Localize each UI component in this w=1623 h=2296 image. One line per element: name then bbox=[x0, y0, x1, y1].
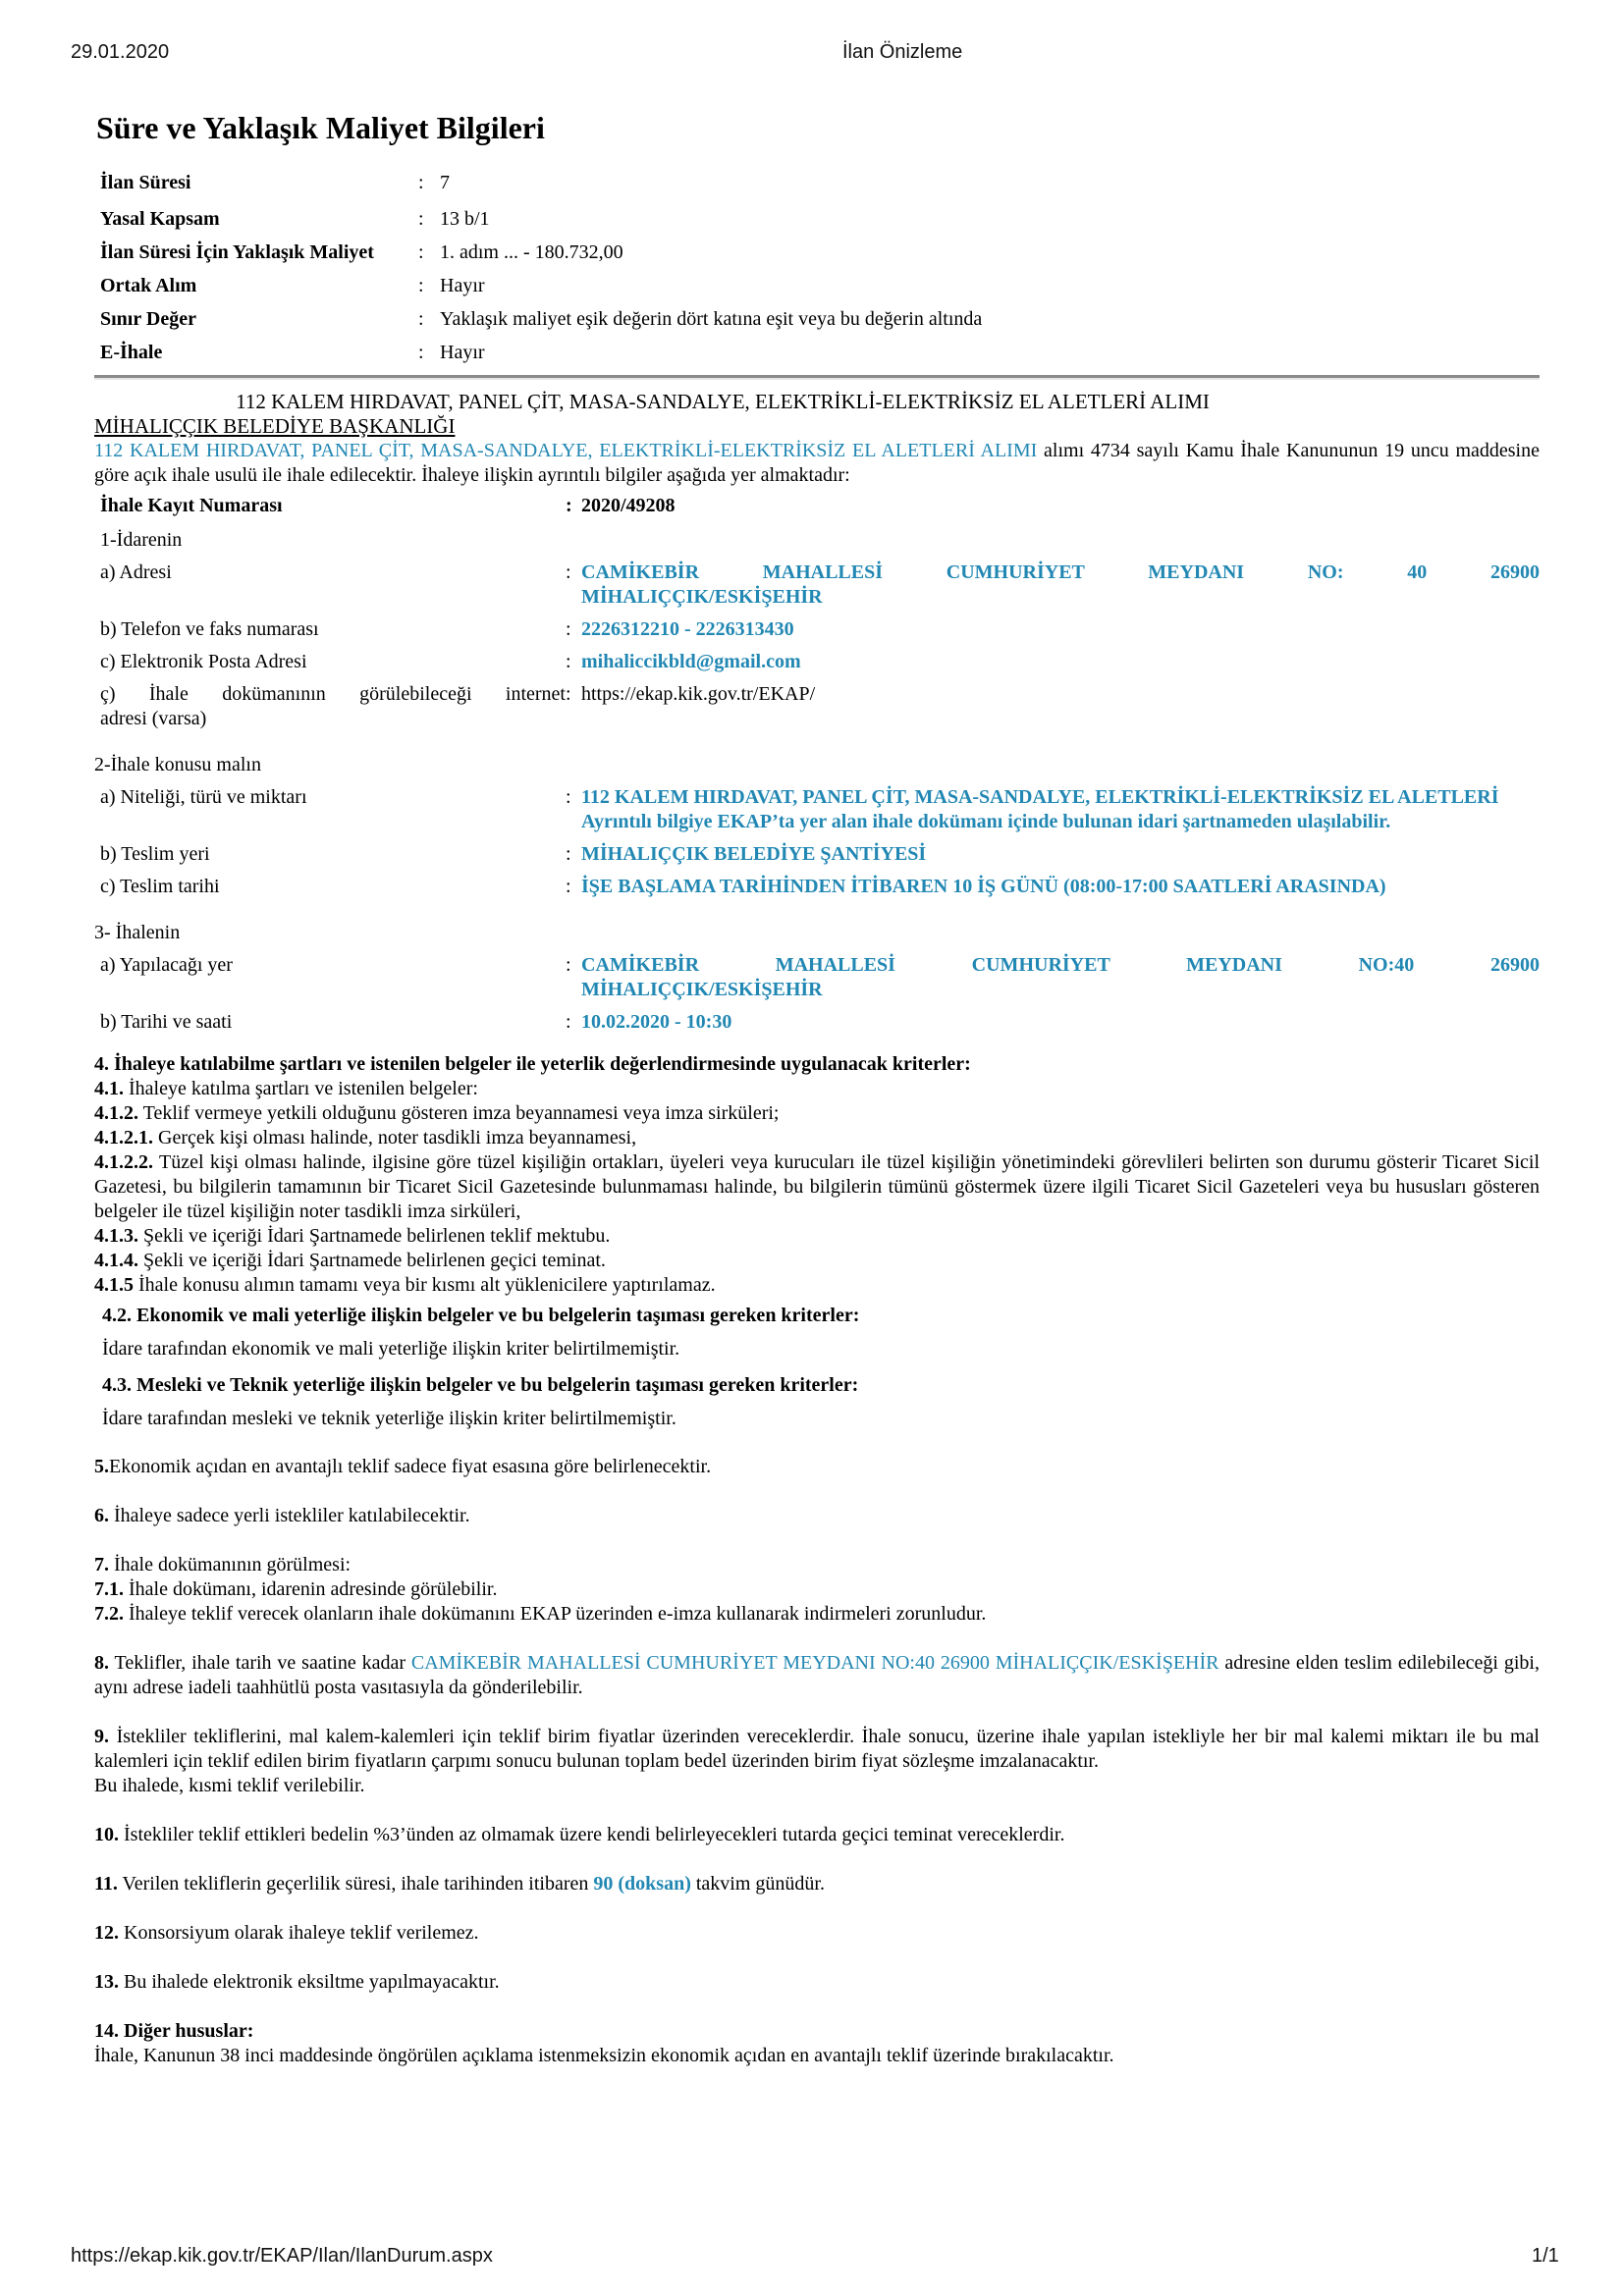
summary-table: İlan Süresi : 7 Yasal Kapsam : 13 b/1 İl… bbox=[100, 163, 982, 369]
nature-label: a) Niteliği, türü ve miktarı bbox=[94, 781, 566, 838]
summary-label: Sınır Değer bbox=[100, 302, 418, 336]
colon: : bbox=[566, 838, 581, 871]
colon: : bbox=[566, 678, 581, 735]
phone-value: 2226312210 - 2226313430 bbox=[581, 614, 1540, 646]
summary-row: İlan Süresi İçin Yaklaşık Maliyet : 1. a… bbox=[100, 236, 982, 269]
tender-info-table: İhale Kayıt Numarası : 2020/49208 1-İdar… bbox=[94, 490, 1540, 1039]
colon: : bbox=[566, 614, 581, 646]
nature-value: 112 KALEM HIRDAVAT, PANEL ÇİT, MASA-SAND… bbox=[581, 781, 1540, 838]
web-label: ç) İhale dokümanının görülebileceği inte… bbox=[94, 678, 566, 735]
address-value: CAMİKEBİR MAHALLESİ CUMHURİYET MEYDANI N… bbox=[581, 557, 1540, 614]
validity-period: 90 (doksan) bbox=[593, 1873, 690, 1895]
submission-address: CAMİKEBİR MAHALLESİ CUMHURİYET MEYDANI N… bbox=[411, 1652, 1219, 1674]
tender-datetime-label: b) Tarihi ve saati bbox=[94, 1006, 566, 1039]
info-row: a) Niteliği, türü ve miktarı : 112 KALEM… bbox=[94, 781, 1540, 838]
clause-text: İdare tarafından mesleki ve teknik yeter… bbox=[94, 1407, 1547, 1431]
clause-text: İdare tarafından ekonomik ve mali yeterl… bbox=[94, 1337, 1547, 1362]
clause-item: 4.1.2.2. Tüzel kişi olması halinde, ilgi… bbox=[94, 1150, 1540, 1224]
registration-row: İhale Kayıt Numarası : 2020/49208 bbox=[94, 490, 1540, 522]
clause-item: 4.1.2.1. Gerçek kişi olması halinde, not… bbox=[94, 1126, 1540, 1150]
summary-row: E-İhale : Hayır bbox=[100, 336, 982, 369]
summary-row: İlan Süresi : 7 bbox=[100, 163, 982, 202]
summary-row: Sınır Değer : Yaklaşık maliyet eşik değe… bbox=[100, 302, 982, 336]
summary-row: Yasal Kapsam : 13 b/1 bbox=[100, 202, 982, 236]
print-url: https://ekap.kik.gov.tr/EKAP/Ilan/IlanDu… bbox=[71, 2245, 493, 2268]
delivery-place-value: MİHALIÇÇIK BELEDİYE ŞANTİYESİ bbox=[581, 838, 1540, 871]
section-heading: 3- İhalenin bbox=[94, 917, 1540, 949]
clause-9: 9. İstekliler tekliflerini, mal kalem-ka… bbox=[94, 1725, 1540, 1774]
clause-14-text: İhale, Kanunun 38 inci maddesinde öngörü… bbox=[94, 2044, 1540, 2068]
colon: : bbox=[418, 163, 440, 202]
summary-label: Ortak Alım bbox=[100, 269, 418, 302]
authority-name: MİHALIÇÇIK BELEDİYE BAŞKANLIĞI bbox=[94, 414, 1538, 439]
summary-value: 13 b/1 bbox=[440, 202, 982, 236]
colon: : bbox=[418, 202, 440, 236]
colon: : bbox=[566, 871, 581, 903]
info-row: c) Elektronik Posta Adresi : mihaliccikb… bbox=[94, 646, 1540, 678]
web-link[interactable]: https://ekap.kik.gov.tr/EKAP/ bbox=[581, 678, 1540, 735]
summary-label: İlan Süresi bbox=[100, 163, 418, 202]
page-title: Süre ve Yaklaşık Maliyet Bilgileri bbox=[96, 108, 1538, 147]
clause-11: 11. Verilen tekliflerin geçerlilik süres… bbox=[94, 1872, 1540, 1896]
summary-label: Yasal Kapsam bbox=[100, 202, 418, 236]
colon: : bbox=[418, 236, 440, 269]
intro-tender-name: 112 KALEM HIRDAVAT, PANEL ÇİT, MASA-SAND… bbox=[94, 440, 1037, 461]
summary-label: İlan Süresi İçin Yaklaşık Maliyet bbox=[100, 236, 418, 269]
summary-value: Hayır bbox=[440, 269, 982, 302]
section-heading: 1-İdarenin bbox=[94, 522, 1540, 557]
colon: : bbox=[566, 1006, 581, 1039]
intro-paragraph: 112 KALEM HIRDAVAT, PANEL ÇİT, MASA-SAND… bbox=[94, 439, 1540, 488]
clause-7: 7. İhale dokümanının görülmesi: bbox=[94, 1553, 1540, 1577]
clause-heading: 4.2. Ekonomik ve mali yeterliğe ilişkin … bbox=[94, 1304, 1547, 1328]
clause-4: 4. İhaleye katılabilme şartları ve isten… bbox=[94, 1052, 1538, 1431]
clause-8: 8. Teklifler, ihale tarih ve saatine kad… bbox=[94, 1651, 1540, 1700]
registration-number: 2020/49208 bbox=[581, 490, 1540, 522]
tender-place-label: a) Yapılacağı yer bbox=[94, 949, 566, 1006]
summary-row: Ortak Alım : Hayır bbox=[100, 269, 982, 302]
clause-item: 4.1.4. Şekli ve içeriği İdari Şartnamede… bbox=[94, 1249, 1540, 1273]
clause-9-note: Bu ihalede, kısmi teklif verilebilir. bbox=[94, 1774, 1540, 1798]
info-row: b) Tarihi ve saati : 10.02.2020 - 10:30 bbox=[94, 1006, 1540, 1039]
colon: : bbox=[566, 557, 581, 614]
summary-value: Yaklaşık maliyet eşik değerin dört katın… bbox=[440, 302, 982, 336]
delivery-place-label: b) Teslim yeri bbox=[94, 838, 566, 871]
tender-place-value: CAMİKEBİR MAHALLESİ CUMHURİYET MEYDANI N… bbox=[581, 949, 1540, 1006]
tender-datetime-value: 10.02.2020 - 10:30 bbox=[581, 1006, 1540, 1039]
colon: : bbox=[418, 269, 440, 302]
clause-12: 12. Konsorsiyum olarak ihaleye teklif ve… bbox=[94, 1921, 1540, 1946]
info-row: b) Teslim yeri : MİHALIÇÇIK BELEDİYE ŞAN… bbox=[94, 838, 1540, 871]
clause-heading: 4.3. Mesleki ve Teknik yeterliğe ilişkin… bbox=[94, 1373, 1547, 1398]
print-title: İlan Önizleme bbox=[842, 41, 962, 64]
clause-item: 4.1.2. Teklif vermeye yetkili olduğunu g… bbox=[94, 1101, 1540, 1126]
email-link[interactable]: mihaliccikbld@gmail.com bbox=[581, 646, 1540, 678]
clause-14-heading: 14. Diğer hususlar: bbox=[94, 2019, 1540, 2044]
info-row: c) Teslim tarihi : İŞE BAŞLAMA TARİHİNDE… bbox=[94, 871, 1540, 903]
colon: : bbox=[566, 781, 581, 838]
divider bbox=[94, 375, 1540, 380]
colon: : bbox=[418, 336, 440, 369]
info-row: a) Adresi : CAMİKEBİR MAHALLESİ CUMHURİY… bbox=[94, 557, 1540, 614]
clause-13: 13. Bu ihalede elektronik eksiltme yapıl… bbox=[94, 1970, 1540, 1995]
colon: : bbox=[566, 949, 581, 1006]
clause-heading: 4. İhaleye katılabilme şartları ve isten… bbox=[94, 1052, 1540, 1077]
summary-label: E-İhale bbox=[100, 336, 418, 369]
summary-value: Hayır bbox=[440, 336, 982, 369]
delivery-date-value: İŞE BAŞLAMA TARİHİNDEN İTİBAREN 10 İŞ GÜ… bbox=[581, 871, 1540, 903]
section-heading: 2-İhale konusu malın bbox=[94, 749, 1540, 781]
email-label: c) Elektronik Posta Adresi bbox=[94, 646, 566, 678]
clause-item: 4.1.5 İhale konusu alımın tamamı veya bi… bbox=[94, 1273, 1540, 1298]
info-row: b) Telefon ve faks numarası : 2226312210… bbox=[94, 614, 1540, 646]
print-date: 29.01.2020 bbox=[71, 41, 169, 64]
summary-value: 7 bbox=[440, 163, 982, 202]
address-label: a) Adresi bbox=[94, 557, 566, 614]
clause-item: 4.1. İhaleye katılma şartları ve istenil… bbox=[94, 1077, 1540, 1101]
colon: : bbox=[566, 490, 581, 522]
colon: : bbox=[418, 302, 440, 336]
clause-10: 10. İstekliler teklif ettikleri bedelin … bbox=[94, 1823, 1540, 1847]
document: Süre ve Yaklaşık Maliyet Bilgileri İlan … bbox=[94, 108, 1538, 2068]
info-row: a) Yapılacağı yer : CAMİKEBİR MAHALLESİ … bbox=[94, 949, 1540, 1006]
clause-6: 6. İhaleye sadece yerli istekliler katıl… bbox=[94, 1504, 1540, 1528]
clause-5: 5.Ekonomik açıdan en avantajlı teklif sa… bbox=[94, 1455, 1540, 1479]
clause-7-2: 7.2. İhaleye teklif verecek olanların ih… bbox=[94, 1602, 1540, 1627]
registration-label: İhale Kayıt Numarası bbox=[94, 490, 566, 522]
clause-item: 4.1.3. Şekli ve içeriği İdari Şartnamede… bbox=[94, 1224, 1540, 1249]
page-number: 1/1 bbox=[1532, 2245, 1559, 2268]
info-row: ç) İhale dokümanının görülebileceği inte… bbox=[94, 678, 1540, 735]
tender-title: 112 KALEM HIRDAVAT, PANEL ÇİT, MASA-SAND… bbox=[94, 390, 1351, 414]
summary-value: 1. adım ... - 180.732,00 bbox=[440, 236, 982, 269]
clause-7-1: 7.1. İhale dokümanı, idarenin adresinde … bbox=[94, 1577, 1540, 1602]
phone-label: b) Telefon ve faks numarası bbox=[94, 614, 566, 646]
delivery-date-label: c) Teslim tarihi bbox=[94, 871, 566, 903]
colon: : bbox=[566, 646, 581, 678]
